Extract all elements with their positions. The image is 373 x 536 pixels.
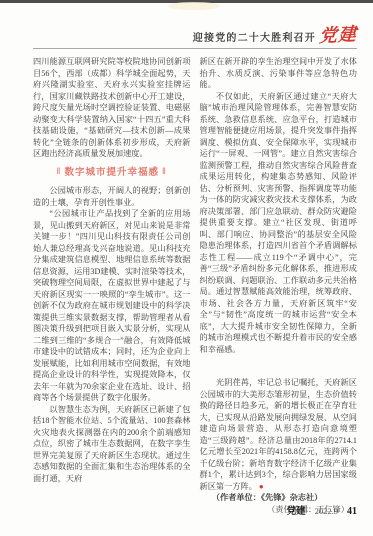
magazine-page: 迎接党的二十大胜利召开 党建 四川能源互联网研究院等校院地协同创新项目56个，西…	[0, 0, 373, 536]
footer-page-number: 41	[347, 506, 357, 517]
author-credit: （作者单位：《先锋》杂志社）	[200, 492, 358, 504]
paragraph: 不仅如此，天府新区通过建立“天府大脑”城市治理风险管理体系，完善智慧安防系统、急…	[200, 91, 358, 356]
header-divider	[33, 48, 357, 49]
footer-magazine-name: 党建	[287, 503, 306, 517]
scan-artifact	[168, 2, 220, 10]
paragraph: “公园城市让产品找到了全新的应用场景，见山搬到天府新区，对见山来说是非常关键一步…	[33, 208, 191, 404]
article-body: 四川能源互联网研究院等校院地协同创新项目56个，西部（成都）科学城全面起势，天府…	[33, 56, 357, 515]
header-slogan: 迎接党的二十大胜利召开	[193, 29, 316, 44]
footer-issue: 2022.9	[315, 506, 338, 516]
right-column: 新区在新开辟的孪生治理空间中开发了水体抬升、水质反演、污染事件等应急特色功能。 …	[200, 56, 358, 515]
closing-paragraph-text: 光阴荏苒，牢记总书记嘱托，天府新区公园城市的大美形态雏形初显，生态价值转换的路径…	[200, 378, 358, 491]
closing-paragraph: 光阴荏苒，牢记总书记嘱托，天府新区公园城市的大美形态雏形初显，生态价值转换的路径…	[200, 377, 358, 492]
page-header: 迎接党的二十大胜利召开 党建	[193, 27, 357, 45]
left-column: 四川能源互联网研究院等校院地协同创新项目56个，西部（成都）科学城全面起势，天府…	[33, 56, 191, 515]
section-heading-text: 数字城市提升幸福感	[64, 167, 159, 178]
paragraph-continued: 四川能源互联网研究院等校院地协同创新项目56个，西部（成都）科学城全面起势，天府…	[33, 56, 191, 160]
article-end-mark-icon: ●	[259, 482, 264, 491]
masthead-logo: 党建	[319, 26, 358, 46]
paragraph-continued: 新区在新开辟的孪生治理空间中开发了水体抬升、水质反演、污染事件等应急特色功能。	[200, 56, 358, 91]
heading-bar-left: ‖	[57, 166, 62, 177]
paragraph: 以智慧生态为例，天府新区已新建了包括18个智能水位站、5个流量站、100套森林火…	[33, 404, 191, 485]
heading-bar-right: ‖	[162, 166, 167, 177]
page-footer: 党建 2022.9 41	[287, 503, 357, 517]
section-heading: ‖数字城市提升幸福感‖	[33, 167, 191, 179]
paragraph: 公园城市形态，开阔人的视野；创新创造的土壤，孕育开创性事业。	[33, 185, 191, 208]
